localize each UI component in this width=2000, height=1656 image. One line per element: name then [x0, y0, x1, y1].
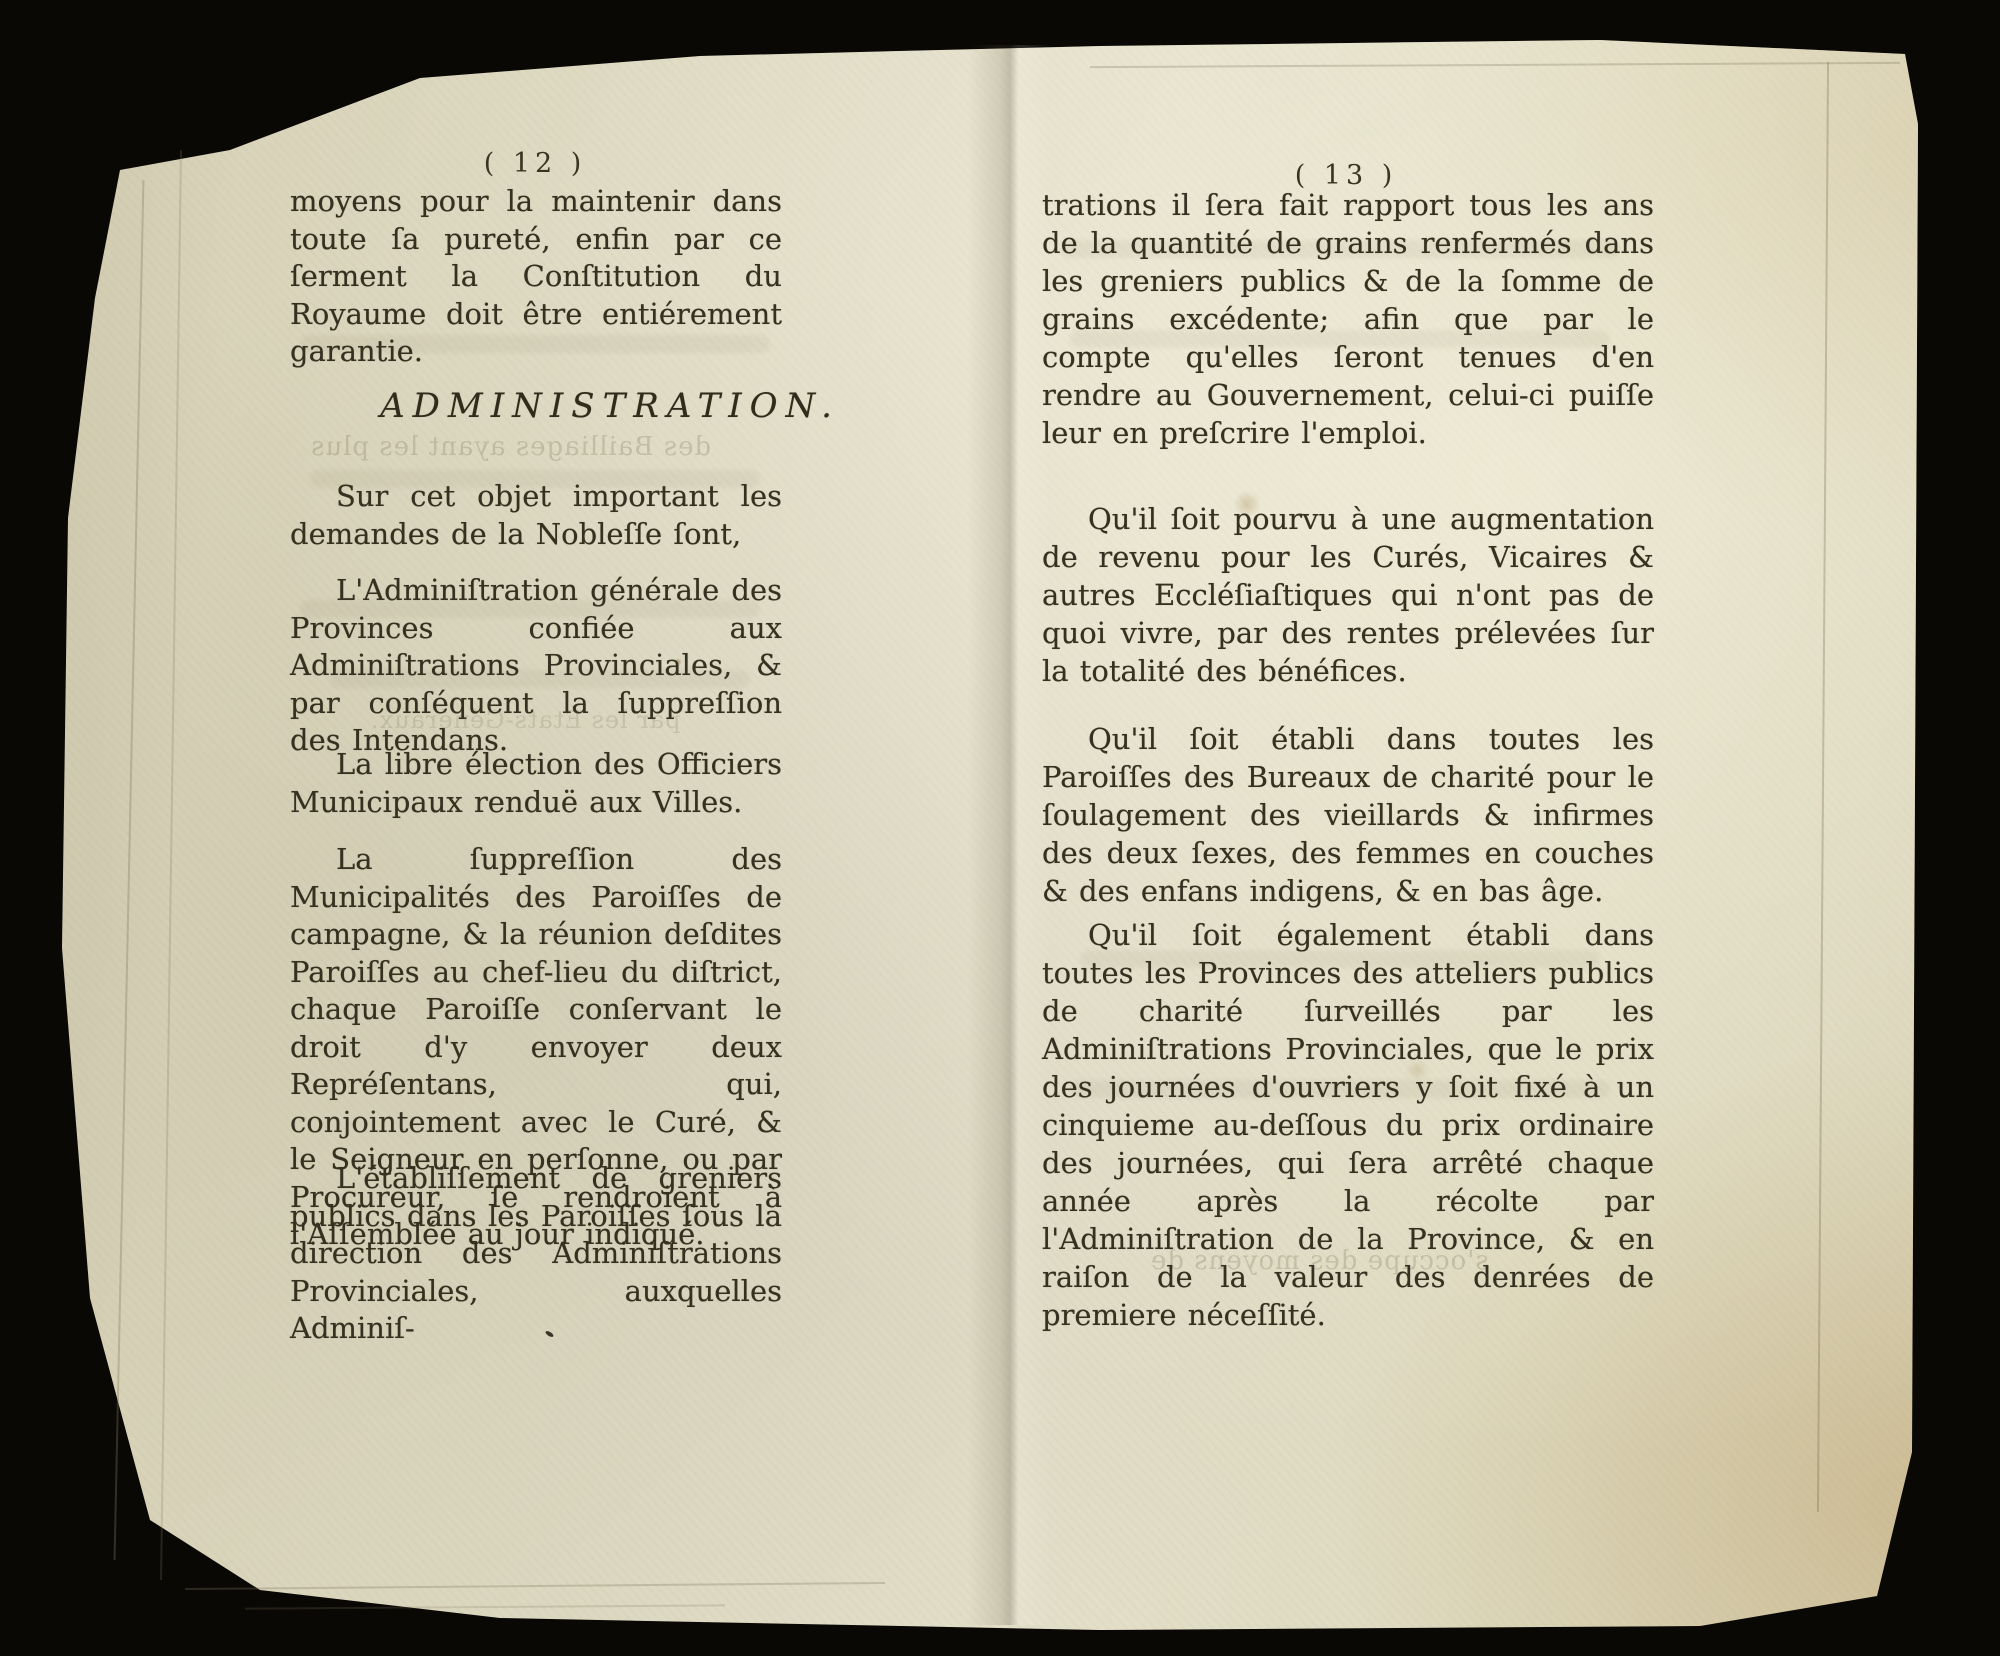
book-gutter [968, 45, 1052, 1625]
paragraph: L'Adminiſtration générale des Provinces … [290, 572, 782, 760]
photo-background: des Bailliages ayant les plus par les Ét… [0, 0, 2000, 1656]
paragraph: Qu'il ſoit pourvu à une augmentation de … [1042, 500, 1654, 690]
paragraph: La libre élection des Officiers Municipa… [290, 746, 782, 821]
paragraph: L'établiſſement de greniers publics dans… [290, 1160, 782, 1348]
paragraph: Qu'il ſoit établi dans toutes les Paroiſ… [1042, 720, 1654, 910]
paragraph: Sur cet objet important les demandes de … [290, 478, 782, 553]
paragraph: Qu'il ſoit également établi dans toutes … [1042, 916, 1654, 1334]
paragraph: trations il ſera fait rapport tous les a… [1042, 186, 1654, 452]
section-heading: ADMINISTRATION. [330, 386, 890, 426]
page-number-12: ( 12 ) [290, 148, 780, 179]
paragraph: moyens pour la maintenir dans toute ſa p… [290, 183, 782, 371]
bleedthrough-text: des Bailliages ayant les plus [310, 432, 711, 462]
